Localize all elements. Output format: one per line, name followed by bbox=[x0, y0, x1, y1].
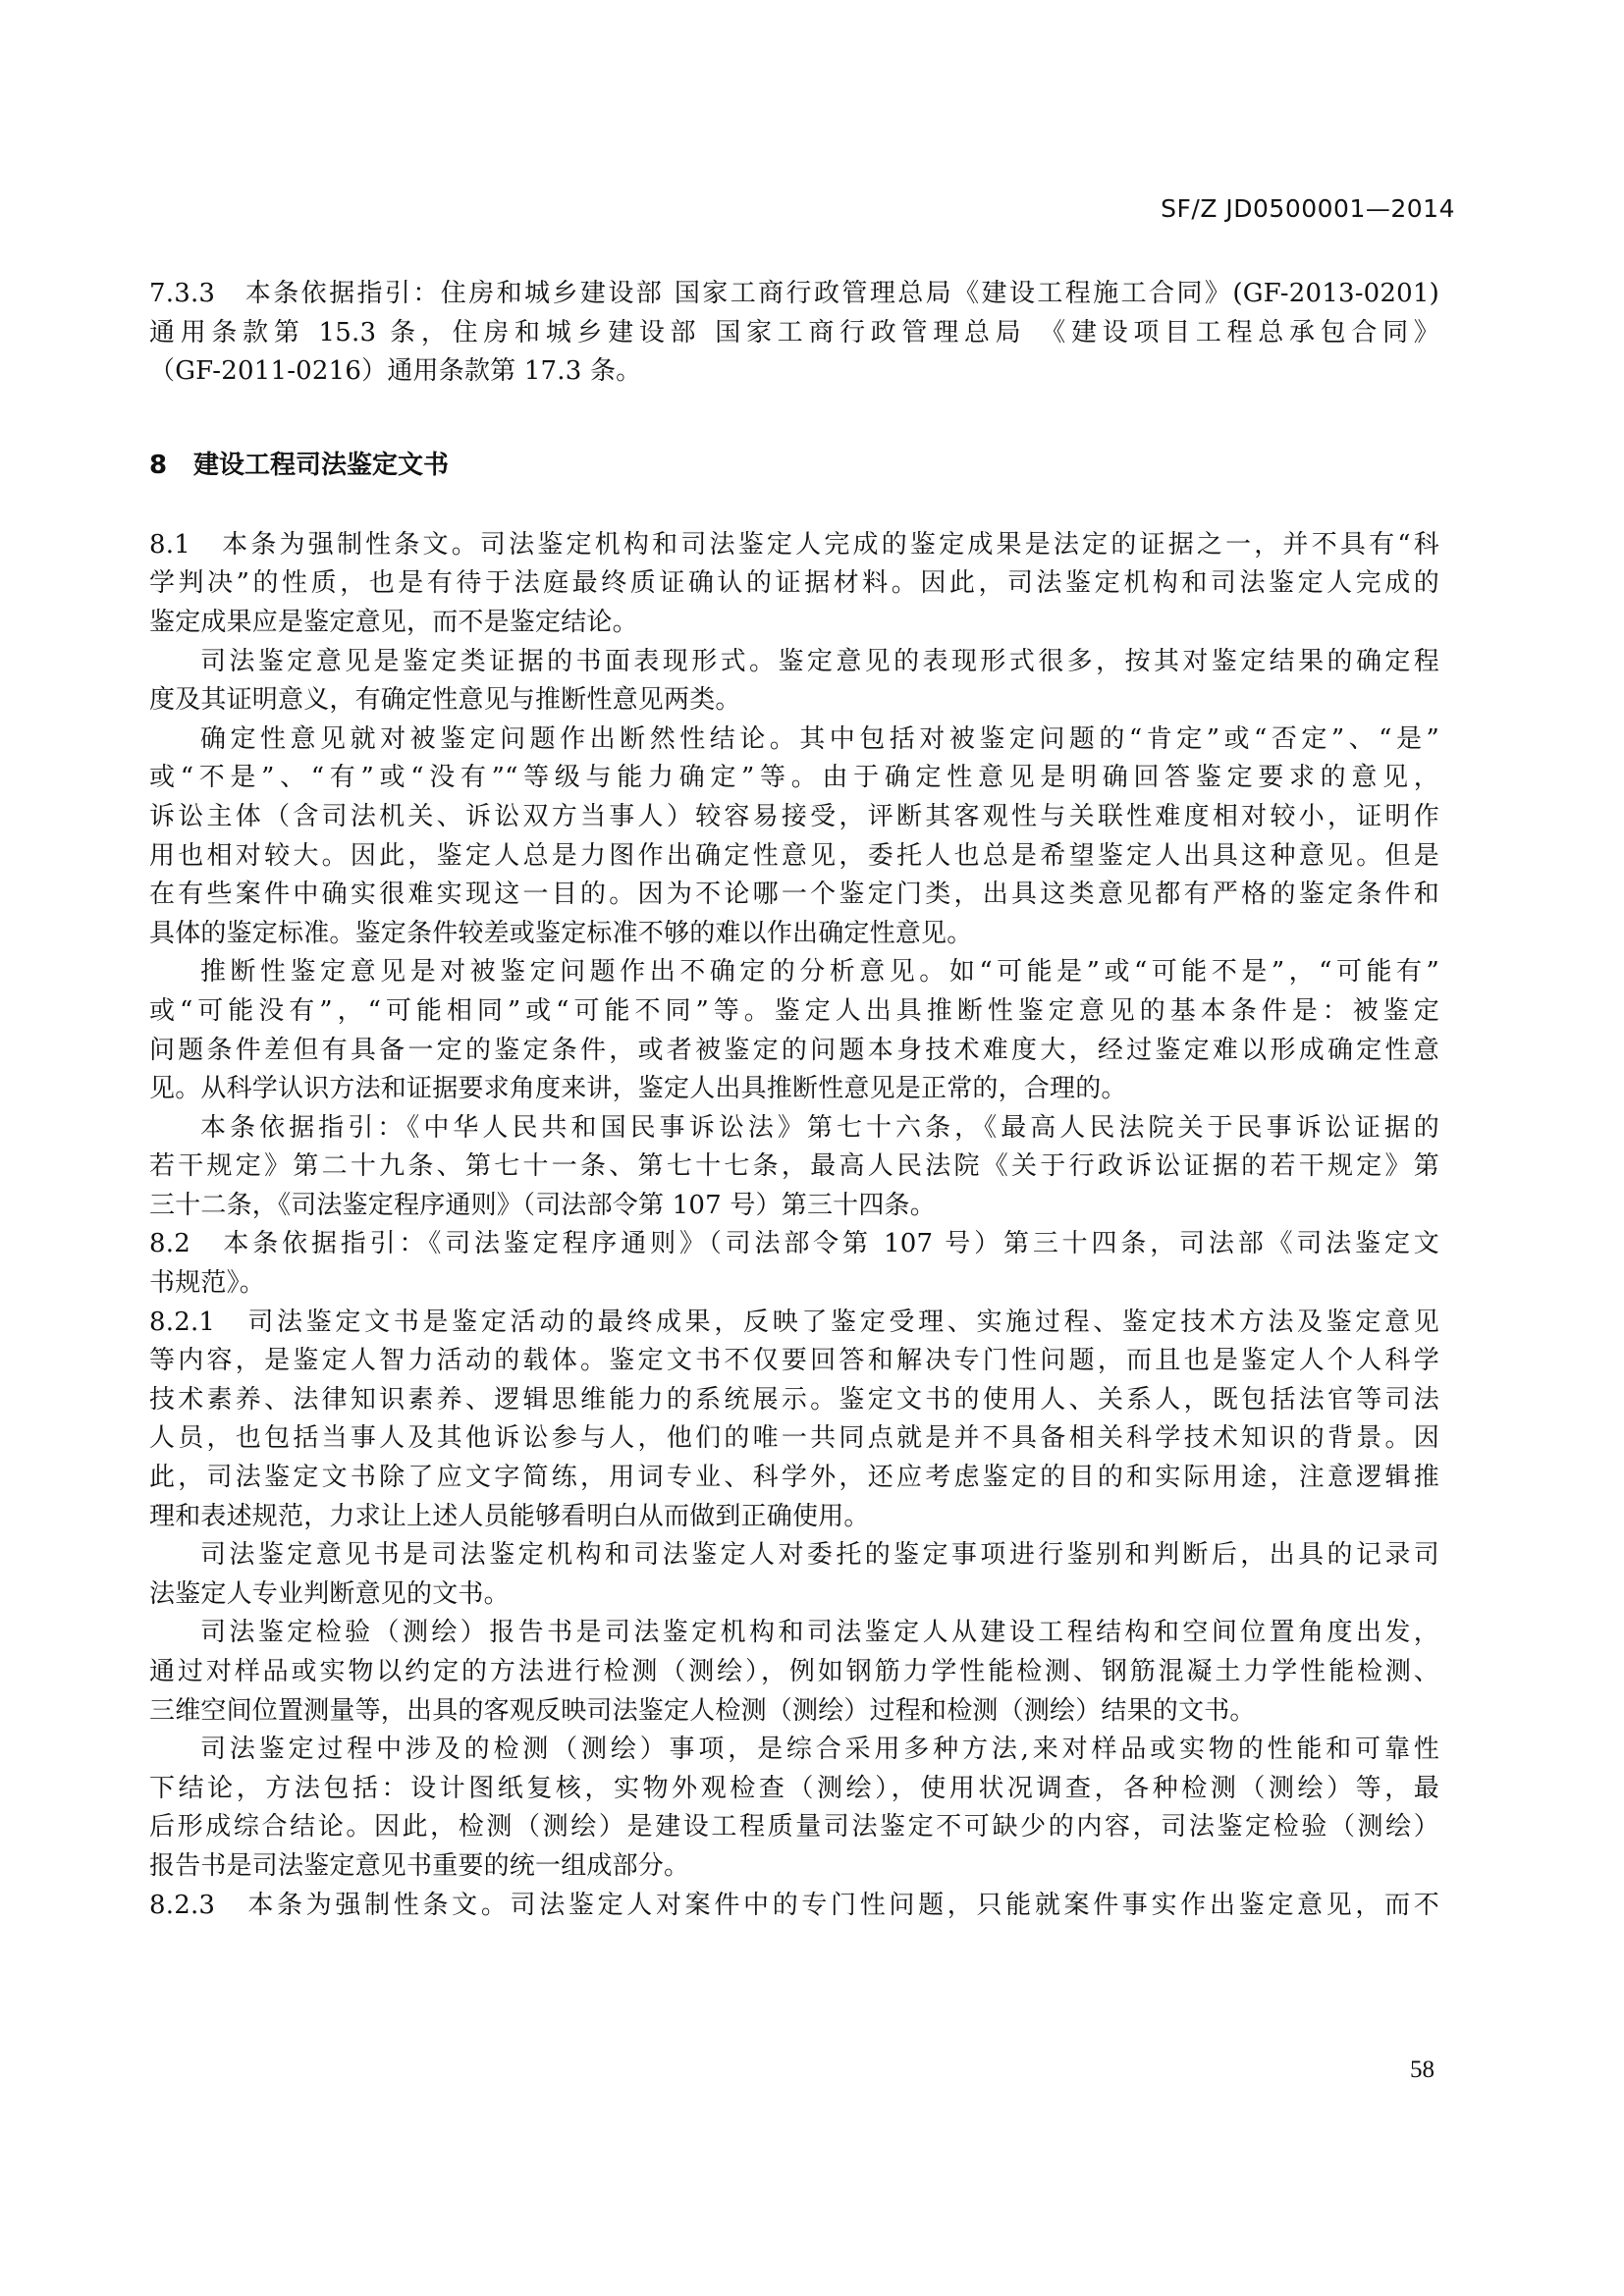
paragraph-testing-items: 司法鉴定过程中涉及的检测（测绘）事项，是综合采用多种方法,来对样品或实物的性能和… bbox=[149, 1731, 1439, 1886]
clause-8-2-3: 8.2.3 本条为强制性条文。司法鉴定人对案件中的专门性问题，只能就案件事实作出… bbox=[149, 1887, 1439, 1926]
text-line: 度及其证明意义，有确定性意见与推断性意见两类。 bbox=[149, 681, 1439, 721]
clause-7-3-3: 7.3.3 本条依据指引：住房和城乡建设部 国家工商行政管理总局《建设工程施工合… bbox=[149, 275, 1439, 392]
clause-8-2: 8.2 本条依据指引：《司法鉴定程序通则》（司法部令第 107 号）第三十四条，… bbox=[149, 1225, 1439, 1303]
section-number: 8 bbox=[149, 446, 193, 485]
text-line: 具体的鉴定标准。鉴定条件较差或鉴定标准不够的难以作出确定性意见。 bbox=[149, 915, 1439, 954]
section-title: 建设工程司法鉴定文书 bbox=[193, 451, 449, 480]
text-line: 通过对样品或实物以约定的方法进行检测（测绘），例如钢筋力学性能检测、钢筋混凝土力… bbox=[149, 1653, 1439, 1692]
text-line: 鉴定成果应是鉴定意见，而不是鉴定结论。 bbox=[149, 604, 1439, 643]
paragraph-opinion-document: 司法鉴定意见书是司法鉴定机构和司法鉴定人对委托的鉴定事项进行鉴别和判断后，出具的… bbox=[149, 1536, 1439, 1614]
text-line: 见。从科学认识方法和证据要求角度来讲，鉴定人出具推断性意见是正常的，合理的。 bbox=[149, 1070, 1439, 1109]
text-line: 或“不是”、“有”或“没有”“等级与能力确定”等。由于确定性意见是明确回答鉴定要… bbox=[149, 759, 1439, 798]
text-line: 8.2.3 本条为强制性条文。司法鉴定人对案件中的专门性问题，只能就案件事实作出… bbox=[149, 1887, 1439, 1926]
paragraph-basis-8-1: 本条依据指引：《中华人民共和国民事诉讼法》第七十六条，《最高人民法院关于民事诉讼… bbox=[149, 1109, 1439, 1226]
paragraph-inferential-opinion: 推断性鉴定意见是对被鉴定问题作出不确定的分析意见。如“可能是”或“可能不是”，“… bbox=[149, 953, 1439, 1108]
text-line: 问题条件差但有具备一定的鉴定条件，或者被鉴定的问题本身技术难度大，经过鉴定难以形… bbox=[149, 1032, 1439, 1071]
text-line: 下结论，方法包括：设计图纸复核，实物外观检查（测绘），使用状况调查，各种检测（测… bbox=[149, 1770, 1439, 1809]
text-line: 司法鉴定意见是鉴定类证据的书面表现形式。鉴定意见的表现形式很多，按其对鉴定结果的… bbox=[149, 643, 1439, 682]
text-line: 后形成综合结论。因此，检测（测绘）是建设工程质量司法鉴定不可缺少的内容，司法鉴定… bbox=[149, 1808, 1439, 1847]
clause-8-2-1: 8.2.1 司法鉴定文书是鉴定活动的最终成果，反映了鉴定受理、实施过程、鉴定技术… bbox=[149, 1304, 1439, 1537]
spacer bbox=[149, 392, 1439, 446]
text-line: 确定性意见就对被鉴定问题作出断然性结论。其中包括对被鉴定问题的“肯定”或“否定”… bbox=[149, 721, 1439, 760]
text-line: 司法鉴定检验（测绘）报告书是司法鉴定机构和司法鉴定人从建设工程结构和空间位置角度… bbox=[149, 1614, 1439, 1653]
text-line: 通用条款第 15.3 条，住房和城乡建设部 国家工商行政管理总局 《建设项目工程… bbox=[149, 314, 1439, 353]
text-line: 用也相对较大。因此，鉴定人总是力图作出确定性意见，委托人也总是希望鉴定人出具这种… bbox=[149, 837, 1439, 877]
text-line: 司法鉴定意见书是司法鉴定机构和司法鉴定人对委托的鉴定事项进行鉴别和判断后，出具的… bbox=[149, 1536, 1439, 1575]
page-number: 58 bbox=[1410, 2056, 1435, 2084]
text-line: 8.1 本条为强制性条文。司法鉴定机构和司法鉴定人完成的鉴定成果是法定的证据之一… bbox=[149, 526, 1439, 565]
text-line: 7.3.3 本条依据指引：住房和城乡建设部 国家工商行政管理总局《建设工程施工合… bbox=[149, 275, 1439, 314]
paragraph-definitive-opinion: 确定性意见就对被鉴定问题作出断然性结论。其中包括对被鉴定问题的“肯定”或“否定”… bbox=[149, 721, 1439, 954]
clause-8-1: 8.1 本条为强制性条文。司法鉴定机构和司法鉴定人完成的鉴定成果是法定的证据之一… bbox=[149, 526, 1439, 643]
text-line: 在有些案件中确实很难实现这一目的。因为不论哪一个鉴定门类，出具这类意见都有严格的… bbox=[149, 876, 1439, 915]
text-line: 技术素养、法律知识素养、逻辑思维能力的系统展示。鉴定文书的使用人、关系人，既包括… bbox=[149, 1381, 1439, 1420]
text-line: 人员，也包括当事人及其他诉讼参与人，他们的唯一共同点就是并不具备相关科学技术知识… bbox=[149, 1419, 1439, 1459]
document-page: SF/Z JD0500001—2014 7.3.3 本条依据指引：住房和城乡建设… bbox=[0, 0, 1624, 2296]
text-line: 三维空间位置测量等，出具的客观反映司法鉴定人检测（测绘）过程和检测（测绘）结果的… bbox=[149, 1692, 1439, 1732]
text-line: （GF-2011-0216）通用条款第 17.3 条。 bbox=[149, 352, 1439, 392]
paragraph-opinion-form: 司法鉴定意见是鉴定类证据的书面表现形式。鉴定意见的表现形式很多，按其对鉴定结果的… bbox=[149, 643, 1439, 721]
text-line: 法鉴定人专业判断意见的文书。 bbox=[149, 1575, 1439, 1615]
text-line: 推断性鉴定意见是对被鉴定问题作出不确定的分析意见。如“可能是”或“可能不是”，“… bbox=[149, 953, 1439, 992]
text-line: 报告书是司法鉴定意见书重要的统一组成部分。 bbox=[149, 1847, 1439, 1887]
text-line: 此，司法鉴定文书除了应文字简练，用词专业、科学外，还应考虑鉴定的目的和实际用途，… bbox=[149, 1459, 1439, 1498]
body-text: 7.3.3 本条依据指引：住房和城乡建设部 国家工商行政管理总局《建设工程施工合… bbox=[149, 275, 1439, 1925]
text-line: 本条依据指引：《中华人民共和国民事诉讼法》第七十六条，《最高人民法院关于民事诉讼… bbox=[149, 1109, 1439, 1148]
text-line: 书规范》。 bbox=[149, 1264, 1439, 1304]
text-line: 三十二条，《司法鉴定程序通则》（司法部令第 107 号）第三十四条。 bbox=[149, 1187, 1439, 1226]
text-line: 8.2 本条依据指引：《司法鉴定程序通则》（司法部令第 107 号）第三十四条，… bbox=[149, 1225, 1439, 1264]
paragraph-inspection-report: 司法鉴定检验（测绘）报告书是司法鉴定机构和司法鉴定人从建设工程结构和空间位置角度… bbox=[149, 1614, 1439, 1731]
spacer bbox=[149, 485, 1439, 526]
text-line: 8.2.1 司法鉴定文书是鉴定活动的最终成果，反映了鉴定受理、实施过程、鉴定技术… bbox=[149, 1304, 1439, 1343]
text-line: 诉讼主体（含司法机关、诉讼双方当事人）较容易接受，评断其客观性与关联性难度相对较… bbox=[149, 798, 1439, 837]
text-line: 等内容，是鉴定人智力活动的载体。鉴定文书不仅要回答和解决专门性问题，而且也是鉴定… bbox=[149, 1342, 1439, 1381]
text-line: 学判决”的性质，也是有待于法庭最终质证确认的证据材料。因此，司法鉴定机构和司法鉴… bbox=[149, 564, 1439, 604]
text-line: 司法鉴定过程中涉及的检测（测绘）事项，是综合采用多种方法,来对样品或实物的性能和… bbox=[149, 1731, 1439, 1770]
text-line: 理和表述规范，力求让上述人员能够看明白从而做到正确使用。 bbox=[149, 1498, 1439, 1537]
text-line: 若干规定》第二十九条、第七十一条、第七十七条，最高人民法院《关于行政诉讼证据的若… bbox=[149, 1148, 1439, 1187]
text-line: 或“可能没有”，“可能相同”或“可能不同”等。鉴定人出具推断性鉴定意见的基本条件… bbox=[149, 992, 1439, 1032]
running-header-doc-code: SF/Z JD0500001—2014 bbox=[1161, 194, 1455, 223]
section-heading-8: 8建设工程司法鉴定文书 bbox=[149, 446, 1439, 485]
